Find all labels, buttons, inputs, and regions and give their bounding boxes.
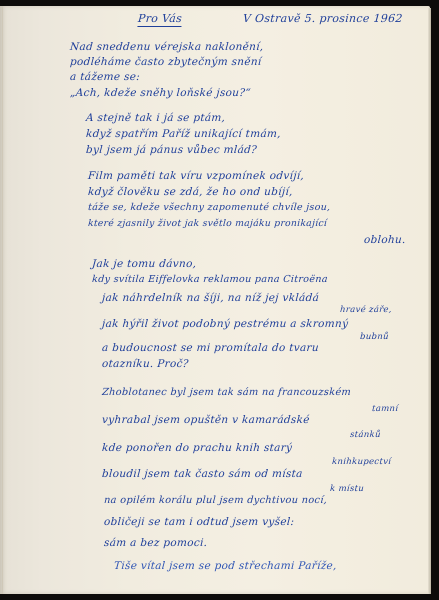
page-right-edge xyxy=(428,8,431,594)
poem-line: sám a bez pomoci. xyxy=(104,537,208,549)
poem-line: Nad sneddenu vérejska naklonění, xyxy=(70,41,264,53)
poem-line: podléháme často zbytečným snění xyxy=(70,56,262,68)
poem-line: na opilém korálu plul jsem dychtivou noc… xyxy=(104,495,328,506)
interlinear-note: stánků xyxy=(350,430,381,440)
poem-line: bloudil jsem tak často sám od místa xyxy=(102,468,304,480)
poem-title: Pro Vás xyxy=(138,12,183,25)
poem-line: byl jsem já pánus vůbec mlád? xyxy=(86,144,258,156)
interlinear-note: tamní xyxy=(372,404,399,414)
interlinear-note: bubnů xyxy=(360,332,390,342)
poem-line: táže se, kdeže všechny zapomenuté chvíle… xyxy=(88,202,331,213)
poem-line: Jak je tomu dávno, xyxy=(92,258,197,270)
poem-line: Tiše vítal jsem se pod střechami Paříže, xyxy=(114,560,338,572)
interlinear-note: k místu xyxy=(330,484,365,494)
poem-line: vyhrabal jsem opuštěn v kamarádské xyxy=(102,414,311,426)
poem-line: „Ach, kdeže sněhy loňské jsou?“ xyxy=(70,87,252,99)
poem-line: jak náhrdelník na šíji, na níž jej vklád… xyxy=(102,292,320,304)
place-date: V Ostravě 5. prosince 1962 xyxy=(243,12,404,25)
poem-line: když spatřím Paříž unikající tmám, xyxy=(86,128,282,140)
poem-line: A stejně tak i já se ptám, xyxy=(86,112,226,124)
poem-line: otazníku. Proč? xyxy=(102,358,190,370)
poem-line: Film paměti tak víru vzpomínek odvíjí, xyxy=(88,170,305,182)
page-edge xyxy=(2,6,3,594)
poem-line: a tážeme se: xyxy=(70,71,141,83)
poem-line: které zjasnily život jak světlo majáku p… xyxy=(88,218,328,229)
poem-line: kdy svítila Eiffelovka reklamou pana Cit… xyxy=(92,274,329,285)
poem-line: obličeji se tam i odtud jsem vyšel: xyxy=(104,516,295,528)
poem-line: když člověku se zdá, že ho ond ubíjí, xyxy=(88,186,294,198)
poem-line: jak hýřil život podobný pestrému a skrom… xyxy=(102,318,349,330)
poem-line: Zhoblotanec byl jsem tak sám na francouz… xyxy=(102,387,352,398)
interlinear-note: hravé záře, xyxy=(340,305,392,315)
interlinear-note: knihkupectví xyxy=(332,457,392,467)
poem-line: oblohu. xyxy=(364,234,407,246)
poem-line: a budoucnost se mi promítala do tvaru xyxy=(102,342,320,354)
poem-line: kde ponořen do prachu knih starý xyxy=(102,442,293,454)
